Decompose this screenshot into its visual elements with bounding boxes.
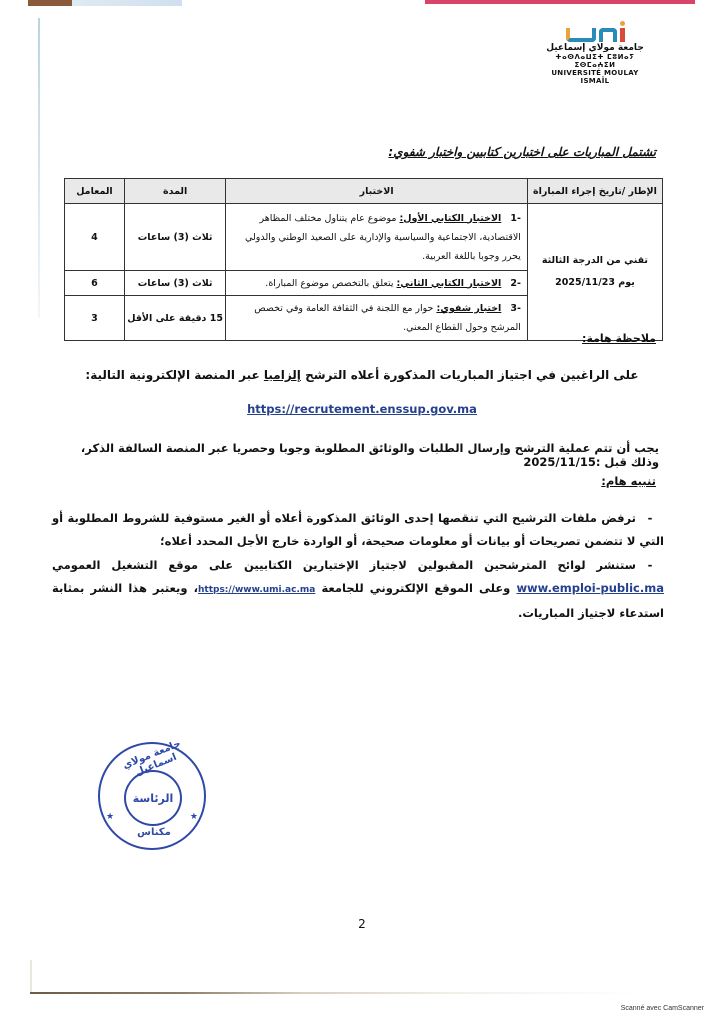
stamp-center-text: الرئاسة (133, 792, 174, 805)
warning-bullet: -ترفض ملفات الترشيح التي تنقصها إحدى الو… (52, 507, 664, 553)
recruitment-platform-link[interactable]: https://recrutement.enssup.gov.ma (60, 402, 664, 416)
coefficient-cell: 4 (65, 204, 125, 271)
test-label: اختبار شفوي: (436, 303, 501, 314)
warning-bullet: -ستنشر لوائح المترشحين المقبولين لاجتياز… (52, 554, 664, 625)
bullet-dash: - (636, 507, 664, 530)
test-label: الاختبار الكتابي الأول: (399, 213, 501, 224)
logo-french-name: UNIVERSITÉ MOULAY ISMAÏL (540, 69, 650, 85)
test-description: يتعلق بالتخصص موضوع المباراة. (265, 278, 396, 289)
test-number: -1 (504, 213, 521, 224)
header-duration: المدة (124, 179, 225, 204)
header-frame-date: الإطار /تاريخ إجراء المباراة (527, 179, 662, 204)
scan-edge-artifact (30, 960, 32, 992)
bullet-text: ترفض ملفات الترشيح التي تنقصها إحدى الوث… (52, 511, 664, 548)
header-test: الاختبار (226, 179, 528, 204)
coefficient-cell: 3 (65, 296, 125, 341)
test-label: الاختبار الكتابي الثاني: (397, 278, 502, 289)
application-instruction: على الراغبين في اجتياز المباريات المذكور… (60, 368, 664, 382)
header-coefficient: المعامل (65, 179, 125, 204)
duration-cell: ثلاث (3) ساعات (124, 204, 225, 271)
bullet-text: وعلى الموقع الإلكتروني للجامعة (315, 581, 516, 595)
table-header-row: الإطار /تاريخ إجراء المباراة الاختبار ال… (65, 179, 663, 204)
scan-edge-artifact (425, 0, 695, 4)
umi-website-link[interactable]: https://www.umi.ac.ma (198, 585, 315, 595)
test-cell: -1 الاختبار الكتابي الأول: موضوع عام يتن… (226, 204, 528, 271)
university-logo: جامعة مولاي إسماعيل ⵜⴰⵙⴷⴰⵡⵉⵜ ⵎⵓⵍⴰⵢ ⵉⵙⵎⴰⵄ… (540, 20, 650, 85)
frame-date-cell: تقني من الدرجة الثالثة يوم 2025/11/23 (527, 204, 662, 341)
instruction-text: عبر المنصة الإلكترونية التالية: (85, 368, 263, 382)
important-note-title: ملاحظة هامة: (582, 332, 656, 345)
coefficient-cell: 6 (65, 271, 125, 296)
test-cell: -3 اختبار شفوي: حوار مع اللجنة في الثقاف… (226, 296, 528, 341)
bullet-text: ستنشر لوائح المترشحين المقبولين لاجتياز … (52, 558, 636, 572)
star-icon: ★ (190, 812, 198, 822)
duration-cell: 15 دقيقة على الأقل (124, 296, 225, 341)
test-cell: -2 الاختبار الكتابي الثاني: يتعلق بالتخص… (226, 271, 528, 296)
scanner-watermark: Scanné avec CamScanner (621, 1005, 704, 1012)
deadline-text: يجب أن تتم عملية الترشح وإرسال الطلبات و… (59, 441, 659, 469)
test-number: -2 (504, 278, 521, 289)
scan-edge-artifact (38, 18, 40, 318)
emploi-public-link[interactable]: www.emploi-public.ma (516, 581, 664, 595)
warning-title: تنبيه هام: (601, 474, 656, 488)
frame-title: تقني من الدرجة الثالثة (529, 250, 661, 272)
intro-heading: تشتمل المباريات على اختبارين كتابيين واخ… (388, 145, 656, 159)
stamp-bottom-text: مكناس (130, 827, 178, 838)
umi-logo-icon (540, 20, 650, 42)
stamp-center: الرئاسة (124, 770, 182, 826)
test-number: -3 (504, 303, 521, 314)
table-row: تقني من الدرجة الثالثة يوم 2025/11/23 -1… (65, 204, 663, 271)
exam-date: يوم 2025/11/23 (529, 272, 661, 294)
exams-table: الإطار /تاريخ إجراء المباراة الاختبار ال… (64, 178, 663, 341)
scan-edge-artifact (28, 0, 72, 6)
footer-divider (30, 992, 640, 994)
duration-cell: ثلاث (3) ساعات (124, 271, 225, 296)
mandatory-emphasis: إلزاميا (264, 368, 301, 382)
page-number: 2 (0, 917, 724, 931)
star-icon: ★ (106, 812, 114, 822)
instruction-text: على الراغبين في اجتياز المباريات المذكور… (301, 368, 639, 382)
official-stamp: جامعة مولاي اسماعيل الرئاسة ★ ★ مكناس (98, 742, 206, 850)
scan-edge-artifact (72, 0, 182, 6)
logo-tifinagh-name: ⵜⴰⵙⴷⴰⵡⵉⵜ ⵎⵓⵍⴰⵢ ⵉⵙⵎⴰⵄⵉⵍ (540, 53, 650, 69)
logo-arabic-name: جامعة مولاي إسماعيل (540, 43, 650, 53)
bullet-dash: - (636, 554, 664, 577)
